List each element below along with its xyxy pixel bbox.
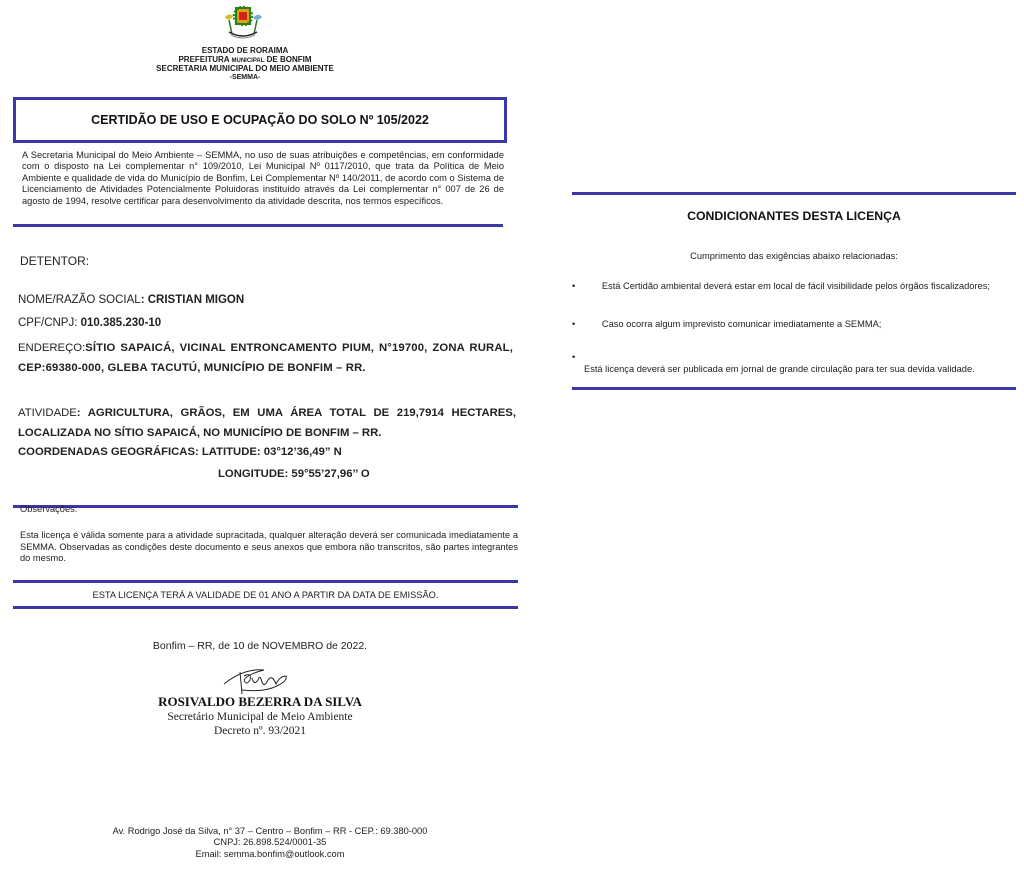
condition-item: • Está licença deverá ser publicada em j… — [572, 351, 1012, 375]
coordinates-longitude: LONGITUDE: 59°55’27,96’’ O — [218, 468, 370, 480]
bullet-dot-icon: • — [572, 319, 575, 329]
divider-conditions-bottom — [572, 387, 1016, 390]
header-prefeitura-c: DE BONFIM — [267, 55, 312, 64]
header-semma: -SEMMA- — [130, 73, 360, 82]
divider-validity-top — [13, 580, 518, 583]
holder-name-value: : CRISTIAN MIGON — [141, 294, 245, 306]
title-box: CERTIDÃO DE USO E OCUPAÇÃO DO SOLO Nº 10… — [13, 97, 507, 143]
footer-address: Av. Rodrigo José da Silva, n° 37 – Centr… — [60, 826, 480, 837]
footer: Av. Rodrigo José da Silva, n° 37 – Centr… — [60, 826, 480, 860]
coordinates-latitude: COORDENADAS GEOGRÁFICAS: LATITUDE: 03°12… — [18, 446, 342, 458]
activity-value: : AGRICULTURA, GRÃOS, EM UMA ÁREA TOTAL … — [18, 407, 516, 439]
holder-address-label: ENDEREÇO: — [18, 342, 85, 354]
divider-conditions-top — [572, 192, 1016, 195]
holder-label: DETENTOR: — [20, 254, 89, 268]
condition-item: • Está Certidão ambiental deverá estar e… — [572, 276, 1012, 296]
bullet-dot-icon: • — [572, 352, 575, 362]
signer-role: Secretário Municipal de Meio Ambiente — [100, 711, 420, 724]
activity-label: ATIVIDADE — [18, 407, 77, 419]
conditions-title: CONDICIONANTES DESTA LICENÇA — [570, 209, 1018, 223]
handwritten-signature-icon — [222, 664, 292, 698]
signer-name: ROSIVALDO BEZERRA DA SILVA — [100, 694, 420, 710]
condition-item: • Caso ocorra algum imprevisto comunicar… — [572, 318, 1012, 330]
validity-notice: ESTA LICENÇA TERÁ A VALIDADE DE 01 ANO A… — [13, 590, 518, 600]
holder-cpf-value: 010.385.230-10 — [81, 317, 162, 329]
header-state: ESTADO DE RORAIMA — [130, 46, 360, 55]
signer-decree: Decreto nº. 93/2021 — [100, 725, 420, 738]
holder-name-label: NOME/RAZÃO SOCIAL — [18, 294, 141, 306]
holder-address-value: SÍTIO SAPAICÁ, VICINAL ENTRONCAMENTO PIU… — [18, 342, 513, 374]
condition-text: Está licença deverá ser publicada em jor… — [572, 363, 1012, 375]
document-title: CERTIDÃO DE USO E OCUPAÇÃO DO SOLO Nº 10… — [16, 100, 504, 140]
holder-address: ENDEREÇO:SÍTIO SAPAICÁ, VICINAL ENTRONCA… — [18, 338, 513, 378]
observations-text: Esta licença é válida somente para a ati… — [20, 530, 518, 565]
header-prefeitura-a: PREFEITURA — [178, 55, 229, 64]
header-secretaria: SECRETARIA MUNICIPAL DO MEIO AMBIENTE — [130, 64, 360, 73]
date-line: Bonfim – RR, de 10 de NOVEMBRO de 2022. — [100, 640, 420, 652]
holder-cpf-label: CPF/CNPJ: — [18, 317, 81, 329]
footer-email: Email: semma.bonfim@outlook.com — [60, 849, 480, 860]
divider-intro — [13, 224, 503, 227]
condition-text: Caso ocorra algum imprevisto comunicar i… — [578, 319, 882, 329]
conditions-subtitle: Cumprimento das exigências abaixo relaci… — [570, 251, 1018, 261]
intro-paragraph: A Secretaria Municipal do Meio Ambiente … — [22, 150, 504, 207]
footer-cnpj: CNPJ: 26.898.524/0001-35 — [60, 837, 480, 848]
municipal-coat-of-arms-icon — [221, 4, 265, 42]
activity-block: ATIVIDADE: AGRICULTURA, GRÃOS, EM UMA ÁR… — [18, 403, 516, 443]
observations-label: Observações: — [20, 504, 77, 514]
divider-observations-top — [13, 505, 518, 508]
divider-validity-bottom — [13, 606, 518, 609]
holder-cpf-row: CPF/CNPJ: 010.385.230-10 — [18, 317, 161, 329]
holder-name-row: NOME/RAZÃO SOCIAL: CRISTIAN MIGON — [18, 294, 244, 306]
bullet-dot-icon: • — [572, 281, 575, 291]
condition-text: Está Certidão ambiental deverá estar em … — [578, 281, 990, 291]
